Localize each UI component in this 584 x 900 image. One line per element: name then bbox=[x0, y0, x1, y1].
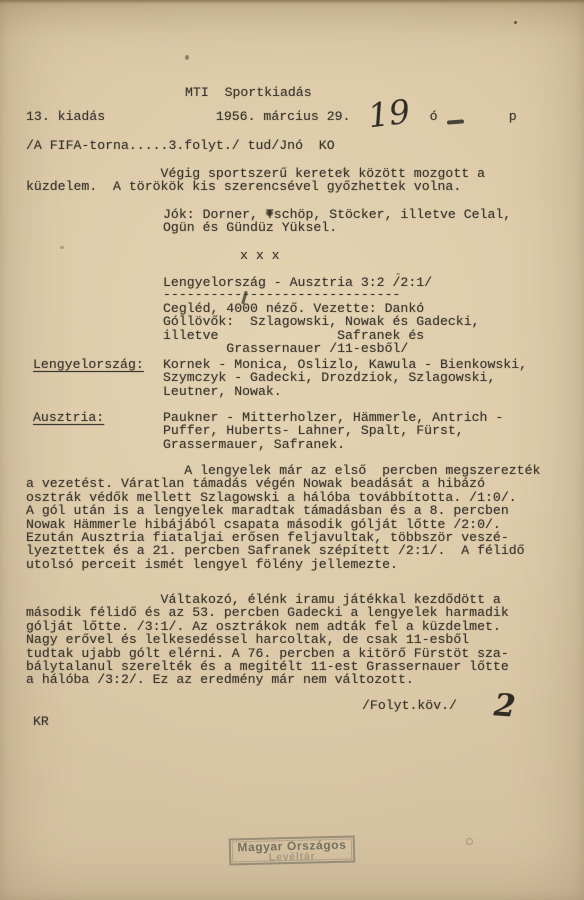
match-title-underline: ------------------------------ bbox=[163, 288, 400, 301]
austria-lineup: Paukner - Mitterholzer, Hämmerle, Antric… bbox=[163, 411, 503, 451]
document-page: MTI Sportkiadás 13. kiadás 1956. március… bbox=[0, 0, 584, 900]
match-details: Cegléd, 4000 néző. Vezette: Dankó Góllöv… bbox=[163, 302, 480, 356]
scan-edge bbox=[0, 0, 584, 4]
handwritten-time: 19 bbox=[366, 92, 412, 136]
first-half-paragraph: A lengyelek már az első percben megszere… bbox=[26, 464, 540, 571]
section-separator: x x x bbox=[240, 249, 280, 262]
paper-speck bbox=[466, 838, 473, 845]
intro-paragraph: Végig sportszerű keretek között mozgott … bbox=[26, 167, 485, 194]
handwritten-page-number: 2 bbox=[493, 687, 517, 724]
typist-initials: KR bbox=[33, 715, 49, 728]
agency-title: MTI Sportkiadás bbox=[185, 86, 312, 99]
archive-stamp-border: Magyar Országos Levéltár bbox=[232, 839, 352, 863]
paper-speck bbox=[342, 168, 347, 172]
edition-date-line: 13. kiadás 1956. március 29. ó p bbox=[26, 110, 517, 123]
paper-speck bbox=[514, 21, 517, 24]
slug-line: /A FIFA-torna.....3.folyt./ tud/Jnó KO bbox=[26, 139, 335, 152]
poland-label: Lengyelország: bbox=[33, 358, 144, 371]
paper-speck bbox=[266, 210, 273, 216]
paper-speck bbox=[185, 55, 189, 60]
archive-stamp: Magyar Országos Levéltár bbox=[229, 835, 356, 865]
paper-speck bbox=[60, 246, 64, 249]
poland-lineup: Kornek - Monica, Oslizlo, Kawula - Bienk… bbox=[163, 358, 527, 398]
second-half-paragraph: Váltakozó, élénk iramu játékkal kezdődöt… bbox=[26, 593, 509, 687]
archive-stamp-line2: Levéltár bbox=[233, 850, 351, 863]
austria-label: Ausztria: bbox=[33, 411, 104, 424]
paper-speck bbox=[396, 273, 400, 275]
continuation-note: /Folyt.köv./ bbox=[362, 699, 457, 712]
best-players-note: Jók: Dorner, Tschöp, Stöcker, illetve Ce… bbox=[163, 208, 511, 235]
